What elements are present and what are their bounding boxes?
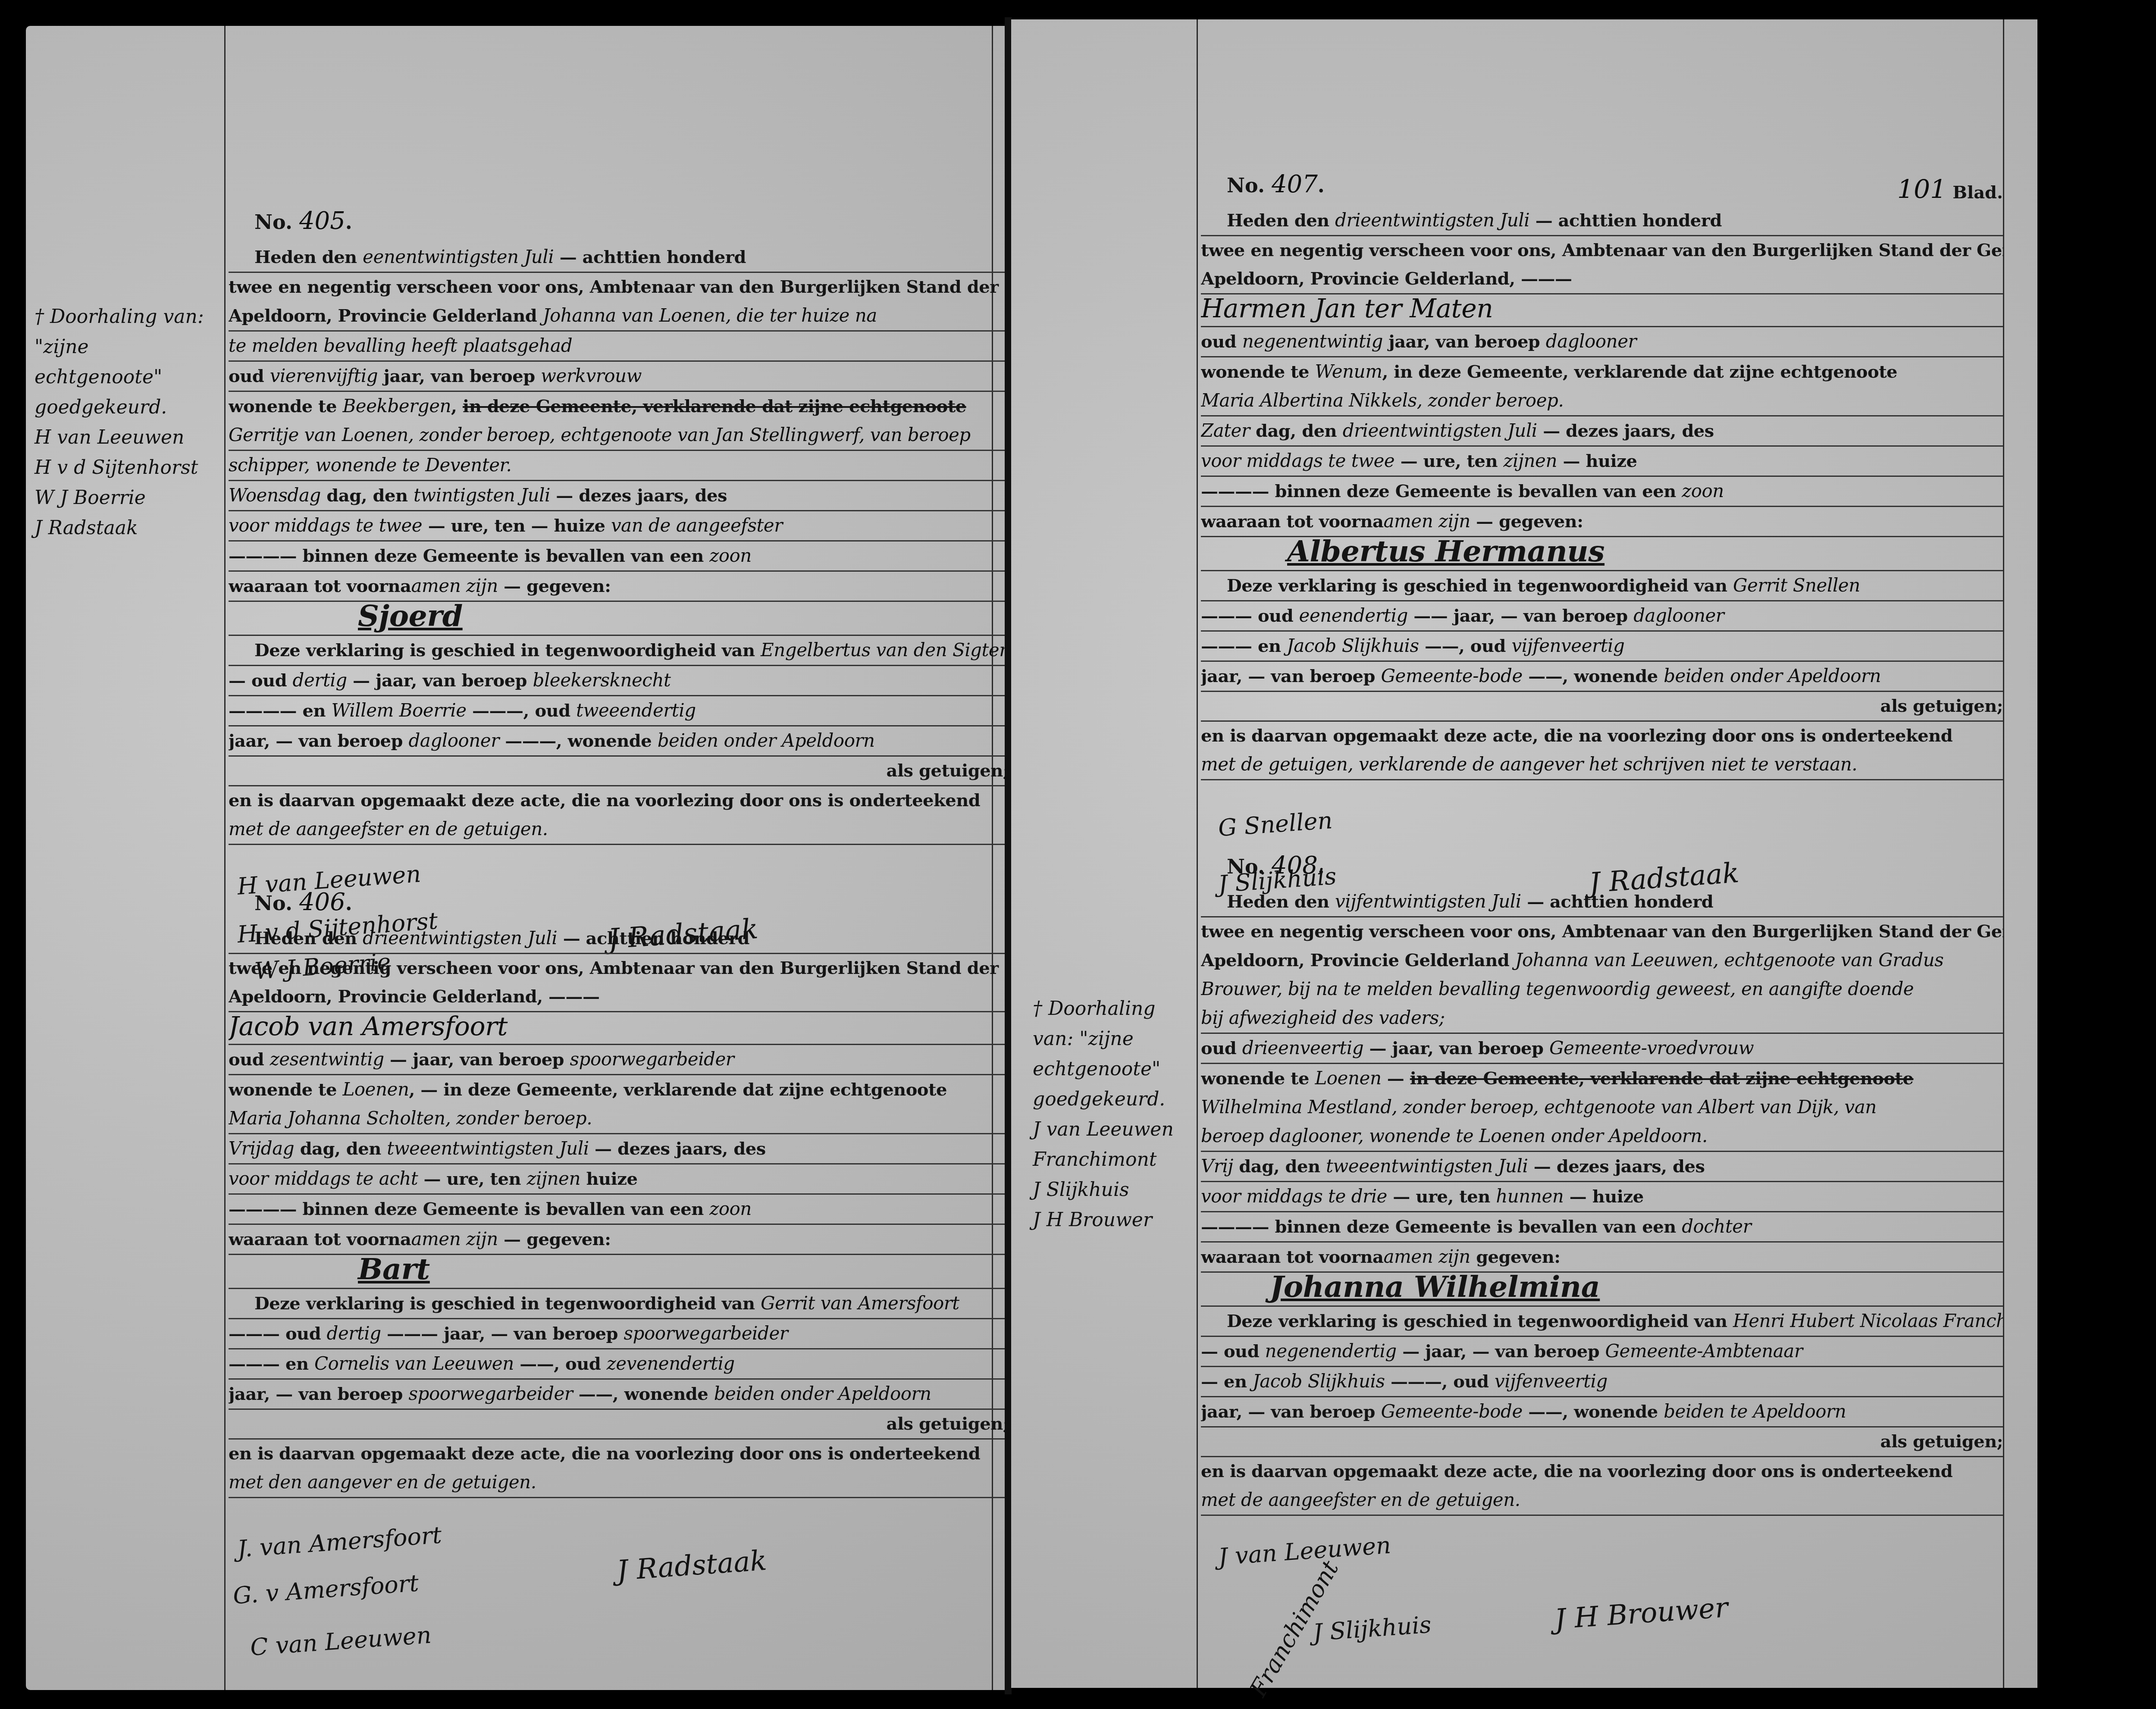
birth-act: No. 405. Heden den eenentwintigsten Juli… xyxy=(229,207,1009,888)
margin-signature: J H Brouwer xyxy=(1033,1205,1197,1235)
margin-signature: Franchimont xyxy=(1033,1145,1197,1175)
child-name: Sjoerd xyxy=(358,602,463,633)
child-name: Albertus Hermanus xyxy=(1287,537,1604,569)
act-date: drieentwintigsten Juli xyxy=(1335,210,1529,231)
right-edge-rule xyxy=(2003,19,2004,1688)
father: Jacob van Amersfoort xyxy=(229,1012,508,1042)
mother: Gerritje van Loenen, zonder beroep, echt… xyxy=(229,424,971,445)
mother: Wilhelmina Mestland, zonder beroep, echt… xyxy=(1201,1096,1877,1117)
declarant: Johanna van Leeuwen, echtgenoote van Gra… xyxy=(1515,949,1944,970)
declarant-signature: J H Brouwer xyxy=(1554,1592,1729,1636)
margin-rule xyxy=(1197,19,1198,1688)
act-number: No. 406. xyxy=(254,888,1009,916)
birth-act: No. 408. Heden den vijfentwintigsten Jul… xyxy=(1201,851,2003,1533)
witness-signature: J van Leeuwen xyxy=(1217,1531,1391,1571)
mother: Maria Albertina Nikkels, zonder beroep. xyxy=(1201,390,1564,411)
margin-annotations: † Doorhaling van: "zijne echtgenoote" go… xyxy=(34,302,220,543)
margin-signature: H van Leeuwen xyxy=(34,423,220,453)
witness-signature: J. van Amersfoort xyxy=(236,1521,442,1563)
witness-signature: C van Leeuwen xyxy=(249,1621,432,1661)
witness-signature: J Slijkhuis xyxy=(1312,1611,1432,1646)
birth-act: No. 406. Heden den drieentwintigsten Jul… xyxy=(229,888,1009,1569)
act-number: No. 408. xyxy=(1227,851,2003,880)
signature-block: J. van Amersfoort G. v Amersfoort C van … xyxy=(229,1511,1009,1692)
margin-signature: J Slijkhuis xyxy=(1033,1175,1197,1205)
book-spine xyxy=(1005,17,1012,1694)
witness-signature: G Snellen xyxy=(1217,807,1333,842)
margin-signature: J Radstaak xyxy=(34,513,220,543)
margin-signature: J van Leeuwen xyxy=(1033,1114,1197,1145)
right-text-column: 101 Blad. No. 407. Heden den drieentwint… xyxy=(1201,170,2003,1533)
left-page: † Doorhaling van: "zijne echtgenoote" go… xyxy=(26,26,1005,1690)
act-number: No. 407. xyxy=(1227,170,2003,198)
signature-block: J van Leeuwen Franchimont J Slijkhuis J … xyxy=(1201,1529,2003,1709)
act-date: drieentwintigsten Juli xyxy=(363,927,557,948)
margin-note-correction: † Doorhaling van: "zijne echtgenoote" go… xyxy=(34,302,220,423)
margin-annotations: † Doorhaling van: "zijne echtgenoote" go… xyxy=(1033,994,1197,1235)
mother: Maria Johanna Scholten, zonder beroep. xyxy=(229,1108,592,1129)
margin-note-correction: † Doorhaling van: "zijne echtgenoote" go… xyxy=(1033,994,1197,1114)
act-number: No. 405. xyxy=(254,207,1009,235)
birth-act: No. 407. Heden den drieentwintigsten Jul… xyxy=(1201,170,2003,851)
child-name: Johanna Wilhelmina xyxy=(1270,1273,1600,1304)
registrar-signature: J Radstaak xyxy=(616,1545,768,1587)
margin-signature: W J Boerrie xyxy=(34,483,220,513)
witness-signature: G. v Amersfoort xyxy=(232,1569,420,1609)
margin-rule xyxy=(224,26,226,1690)
father: Harmen Jan ter Maten xyxy=(1201,294,1493,324)
left-text-column: No. 405. Heden den eenentwintigsten Juli… xyxy=(229,207,1009,1569)
margin-signature: H v d Sijtenhorst xyxy=(34,453,220,483)
act-date: vijfentwintigsten Juli xyxy=(1335,891,1521,912)
child-name: Bart xyxy=(358,1255,430,1286)
right-page: † Doorhaling van: "zijne echtgenoote" go… xyxy=(1011,19,2037,1688)
act-date: eenentwintigsten Juli xyxy=(363,246,554,267)
declarant: Johanna van Loenen, die ter huize na xyxy=(543,305,877,326)
